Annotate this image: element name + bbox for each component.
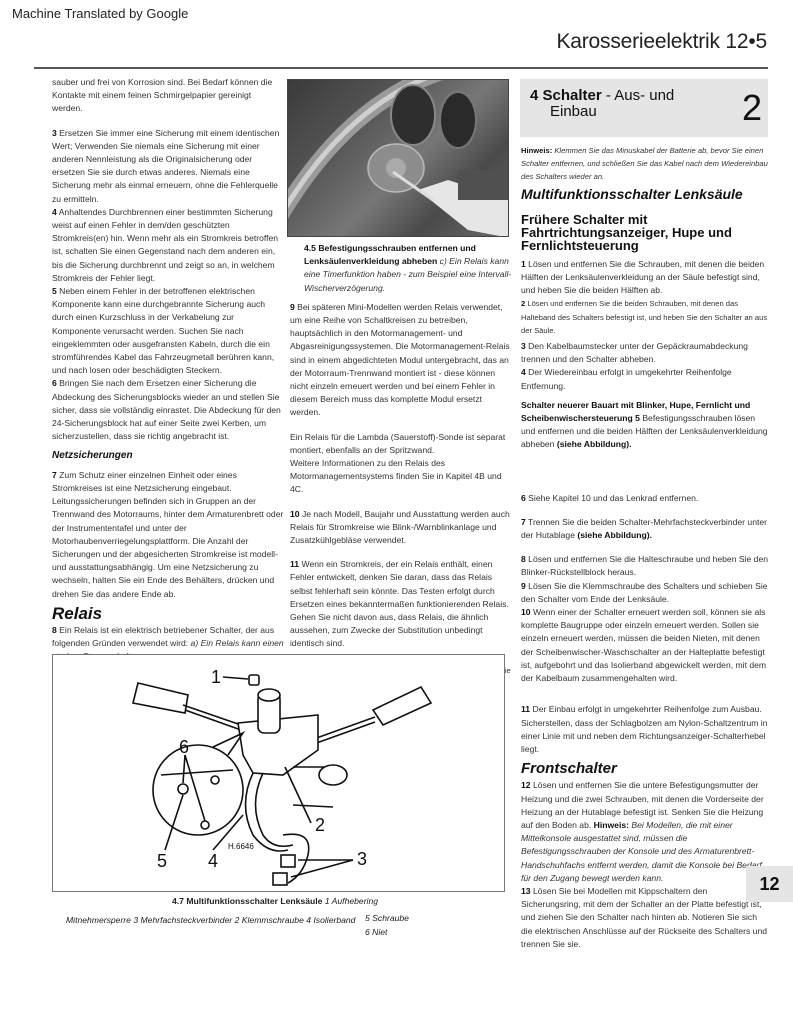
figure-label-2: 2 xyxy=(315,815,325,836)
figure-label-4: 4 xyxy=(208,851,218,872)
figure-label-3: 3 xyxy=(357,849,367,870)
chapter-tab: 12 xyxy=(746,866,793,902)
note-paragraph: Hinweis: Klemmen Sie das Minuskabel der … xyxy=(521,144,769,184)
intro-paragraph: sauber und frei von Korrosion sind. Bei … xyxy=(52,76,284,116)
r-step-4: 4 Der Wiedereinbau erfolgt in umgekehrte… xyxy=(521,366,769,392)
difficulty-number: 2 xyxy=(742,87,762,129)
middle-column: 4.5 Befestigungsschrauben entfernen und … xyxy=(290,242,512,690)
figure-caption-line3: 5 Schraube xyxy=(365,913,409,923)
step-11: 11 Wenn ein Stromkreis, der ein Relais e… xyxy=(290,558,512,650)
r-step-2: 2 Lösen und entfernen Sie die beiden Sch… xyxy=(521,297,769,337)
step-10: 10 Je nach Modell, Baujahr und Ausstattu… xyxy=(290,508,512,548)
heading-relais: Relais xyxy=(52,607,284,620)
multifunction-switch-diagram-icon xyxy=(53,655,504,891)
r-step-10: 10 Wenn einer der Schalter erneuert werd… xyxy=(521,606,769,685)
r-step-13: 13 Lösen Sie bei Modellen mit Kippschalt… xyxy=(521,885,769,951)
heading-multifunktionsschalter: Multifunktionsschalter Lenksäule xyxy=(521,188,769,201)
drawing-code: H.6646 xyxy=(228,842,254,851)
figure-label-5: 5 xyxy=(157,851,167,872)
figure-label-6: 6 xyxy=(179,737,189,758)
section-header-box: 4 Schalter - Aus- und Einbau 2 xyxy=(520,79,768,137)
r-step-8: 8 Lösen und entfernen Sie die Halteschra… xyxy=(521,553,769,579)
r-step-11: 11 Der Einbau erfolgt in umgekehrter Rei… xyxy=(521,703,769,756)
heading-netzsicherungen: Netzsicherungen xyxy=(52,449,284,462)
step-6: 6 Bringen Sie nach dem Ersetzen einer Si… xyxy=(52,377,284,443)
r-step-6: 6 Siehe Kapitel 10 und das Lenkrad entfe… xyxy=(521,492,769,505)
subheading-early-switches: Frühere Schalter mit Fahrtrichtungsanzei… xyxy=(521,213,769,252)
r-step-5: Schalter neuerer Bauart mit Blinker, Hup… xyxy=(521,399,769,452)
translation-banner: Machine Translated by Google xyxy=(12,6,188,21)
r-step-7: 7 Trennen Sie die beiden Schalter-Mehrfa… xyxy=(521,516,769,542)
page-title: Karosserieelektrik 12•5 xyxy=(556,30,767,54)
r-step-9: 9 Lösen Sie die Klemmschraube des Schalt… xyxy=(521,580,769,606)
figure-caption: 4.7 Multifunktionsschalter Lenksäule 1 A… xyxy=(172,896,378,906)
info-paragraph: Weitere Informationen zu den Relais des … xyxy=(290,457,512,497)
right-column: Hinweis: Klemmen Sie das Minuskabel der … xyxy=(521,144,769,951)
lambda-paragraph: Ein Relais für die Lambda (Sauerstoff)-S… xyxy=(290,431,512,457)
photo-caption: 4.5 Befestigungsschrauben entfernen und … xyxy=(290,242,512,295)
steering-column-photo xyxy=(287,79,509,237)
step-7: 7 Zum Schutz einer einzelnen Einheit ode… xyxy=(52,469,284,601)
heading-frontschalter: Frontschalter xyxy=(521,762,769,775)
r-step-3: 3 Den Kabelbaumstecker unter der Gepäckr… xyxy=(521,340,769,366)
figure-caption-line4: 6 Niet xyxy=(365,927,387,937)
left-column: sauber und frei von Korrosion sind. Bei … xyxy=(52,76,284,730)
figure-caption-line2: Mitnehmersperre 3 Mehrfachsteckverbinder… xyxy=(66,915,355,925)
r-step-12: 12 Lösen und entfernen Sie die untere Be… xyxy=(521,779,769,885)
r-step-1: 1 Lösen und entfernen Sie die Schrauben,… xyxy=(521,258,769,298)
figure-label-1: 1 xyxy=(211,667,221,688)
header-rule xyxy=(34,67,768,69)
figure-multifunction-switch: 1 2 3 4 5 6 H.6646 xyxy=(52,654,505,892)
step-9: 9 Bei späteren Mini-Modellen werden Rela… xyxy=(290,301,512,420)
step-5: 5 Neben einem Fehler in der betroffenen … xyxy=(52,285,284,377)
step-3: 3 Ersetzen Sie immer eine Sicherung mit … xyxy=(52,127,284,206)
section-title-line2: Einbau xyxy=(550,103,597,120)
step-4: 4 Anhaltendes Durchbrennen einer bestimm… xyxy=(52,206,284,285)
steering-wheel-photo-icon xyxy=(288,80,509,237)
section-title: 4 Schalter - Aus- und xyxy=(530,87,674,104)
